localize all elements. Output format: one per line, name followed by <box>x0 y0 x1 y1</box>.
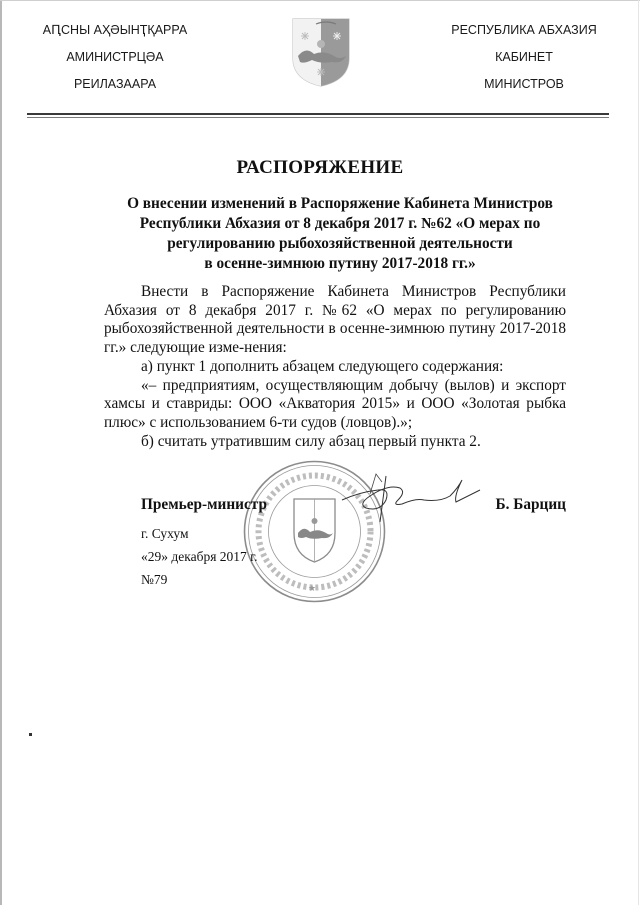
issue-date: «29» декабря 2017 г. <box>141 549 258 565</box>
document-number: №79 <box>141 572 167 588</box>
issue-city: г. Сухум <box>141 526 189 542</box>
letterhead-line: АМИНИСТРЦӘА <box>0 49 230 76</box>
signatory-position: Премьер-министр <box>141 496 267 514</box>
letterhead-abkhaz: АԤСНЫ АҲӘЫНҬҚАРРА АМИНИСТРЦӘА РЕИЛАЗААРА <box>0 22 230 103</box>
body-paragraph: «– предприятиям, осуществляющим добычу (… <box>104 377 566 433</box>
page-edge <box>0 0 2 905</box>
letterhead-line: АԤСНЫ АҲӘЫНҬҚАРРА <box>0 22 230 49</box>
body-paragraph: б) считать утратившим силу абзац первый … <box>104 433 566 452</box>
body-paragraph: а) пункт 1 дополнить абзацем следующего … <box>104 358 566 377</box>
letterhead-divider-thin <box>27 117 609 118</box>
letterhead-line: РЕСПУБЛИКА АБХАЗИЯ <box>409 22 639 49</box>
subject-line: регулированию рыбохозяйственной деятельн… <box>100 234 580 254</box>
document-body: Внести в Распоряжение Кабинета Министров… <box>104 283 566 451</box>
subject-line: Республики Абхазия от 8 декабря 2017 г. … <box>100 214 580 234</box>
page-edge-top <box>0 0 640 1</box>
handwritten-signature-icon <box>340 470 500 540</box>
document-type-title: РАСПОРЯЖЕНИЕ <box>0 157 640 179</box>
document-subject: О внесении изменений в Распоряжение Каби… <box>100 194 580 274</box>
page-edge-right <box>638 0 639 905</box>
body-paragraph: Внести в Распоряжение Кабинета Министров… <box>104 283 566 358</box>
svg-text:★: ★ <box>308 583 316 593</box>
signatory-name: Б. Барциц <box>496 496 566 514</box>
subject-line: в осенне-зимнюю путину 2017-2018 гг.» <box>100 254 580 274</box>
scan-artifact <box>29 733 32 736</box>
letterhead-line: МИНИСТРОВ <box>409 76 639 103</box>
subject-line: О внесении изменений в Распоряжение Каби… <box>100 194 580 214</box>
letterhead-line: КАБИНЕТ <box>409 49 639 76</box>
letterhead-russian: РЕСПУБЛИКА АБХАЗИЯ КАБИНЕТ МИНИСТРОВ <box>409 22 639 103</box>
letterhead-divider <box>27 113 609 115</box>
abkhazia-coat-of-arms-icon <box>290 16 352 88</box>
letterhead-line: РЕИЛАЗААРА <box>0 76 230 103</box>
